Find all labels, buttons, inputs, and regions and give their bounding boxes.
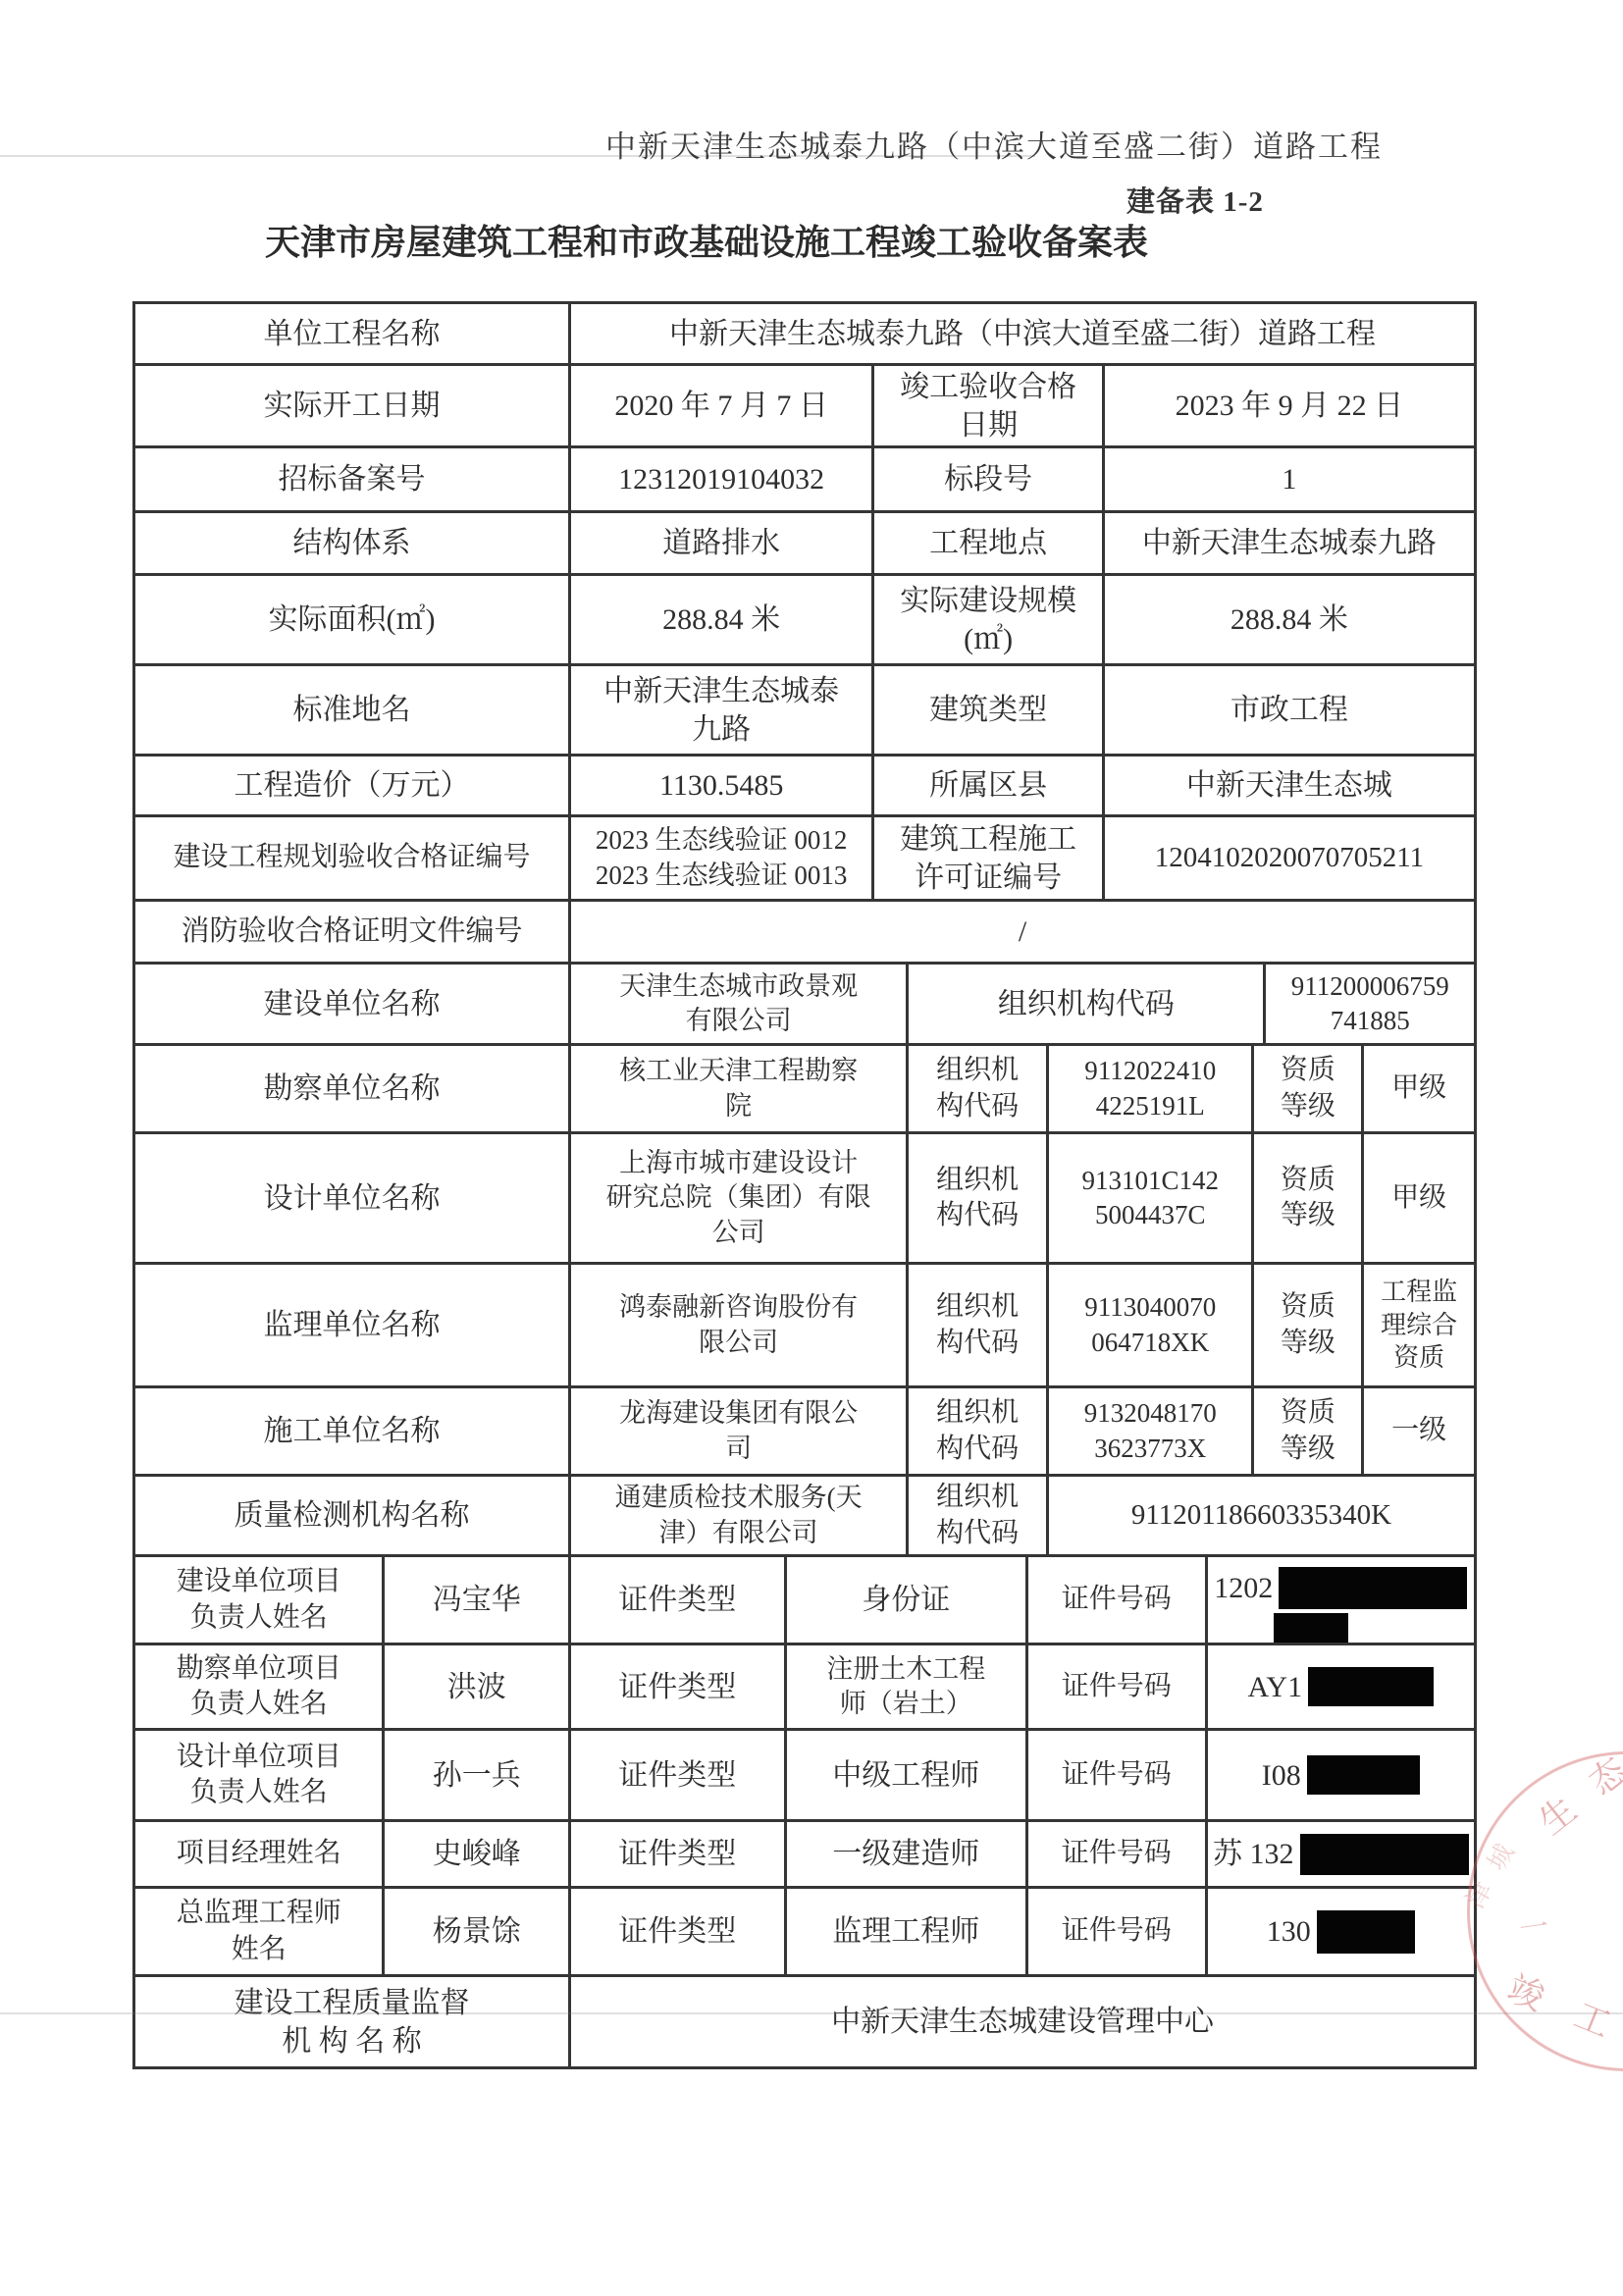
red-seal-circle [1467, 1751, 1623, 2071]
label-supervision-unit-name: 监理单位名称 [135, 1265, 571, 1388]
label-project-manager-text: 项目经理姓名 [177, 1836, 341, 1871]
label-qualification-grade-survey-text: 资质 等级 [1281, 1053, 1335, 1124]
label-building-type-text: 建筑类型 [929, 691, 1047, 729]
value-cert-type-manager: 一级建造师 [787, 1822, 1028, 1889]
table-row: 总监理工程师 姓名杨景馀证件类型监理工程师证件号码130 [135, 1889, 1477, 1977]
label-qualification-grade-design-text: 资质 等级 [1281, 1163, 1335, 1234]
label-cert-no-client: 证件号码 [1028, 1557, 1208, 1645]
value-district-text: 中新天津生态城 [1186, 766, 1392, 805]
value-client-project-leader-text: 冯宝华 [433, 1581, 521, 1619]
label-survey-unit-name-text: 勘察单位名称 [264, 1070, 441, 1108]
label-cert-no-design: 证件号码 [1028, 1731, 1208, 1822]
value-contractor-name-text: 龙海建设集团有限公 司 [619, 1396, 858, 1465]
label-district-text: 所属区县 [929, 766, 1047, 805]
table-row: 监理单位名称鸿泰融新咨询股份有 限公司组织机 构代码9113040070 064… [135, 1265, 1477, 1388]
value-bid-section-no: 1 [1105, 448, 1477, 513]
value-fire-acceptance-doc-no-text: / [1019, 913, 1026, 951]
id-number-visible-prefix: I08 [1262, 1756, 1301, 1795]
value-qualification-grade-contractor: 一级 [1364, 1388, 1477, 1477]
value-survey-project-leader-text: 洪波 [447, 1668, 506, 1706]
label-bid-record-no-text: 招标备案号 [279, 460, 426, 498]
value-supervision-unit-name: 鸿泰融新咨询股份有 限公司 [571, 1265, 909, 1388]
value-qualification-grade-survey: 甲级 [1364, 1046, 1477, 1134]
value-fire-acceptance-doc-no: / [571, 902, 1477, 965]
label-org-code-inspection-text: 组织机 构代码 [936, 1480, 1019, 1551]
table-row: 建设工程质量监督 机 构 名 称中新天津生态城建设管理中心 [135, 1977, 1477, 2069]
label-cert-no-survey: 证件号码 [1028, 1645, 1208, 1731]
label-design-project-leader-text: 设计单位项目 负责人姓名 [177, 1740, 341, 1811]
table-row: 实际面积(㎡)288.84 米实际建设规模 (㎡)288.84 米 [135, 576, 1477, 666]
table-row: 工程造价（万元）1130.5485所属区县中新天津生态城 [135, 757, 1477, 817]
label-project-location-text: 工程地点 [929, 524, 1047, 562]
id-number-visible-prefix: AY1 [1248, 1668, 1303, 1706]
label-org-code-inspection: 组织机 构代码 [909, 1477, 1049, 1557]
label-planning-acceptance-cert-no: 建设工程规划验收合格证编号 [135, 817, 571, 902]
value-unit-project-name: 中新天津生态城泰九路（中滨大道至盛二街）道路工程 [571, 304, 1477, 366]
value-cert-no-design: I08 [1208, 1731, 1477, 1822]
table-row: 结构体系道路排水工程地点中新天津生态城泰九路 [135, 513, 1477, 576]
label-qualification-grade-supervision-text: 资质 等级 [1281, 1289, 1335, 1361]
label-design-project-leader: 设计单位项目 负责人姓名 [135, 1731, 385, 1822]
label-cert-type-supervisor: 证件类型 [571, 1889, 787, 1977]
label-project-cost-text: 工程造价（万元） [235, 766, 470, 805]
value-construction-client-name-text: 天津生态城市政景观 有限公司 [619, 969, 858, 1038]
value-org-code-inspection: 91120118660335340K [1049, 1477, 1477, 1557]
value-cert-type-client: 身份证 [787, 1557, 1028, 1645]
label-quality-supervision-org-text: 建设工程质量监督 机 构 名 称 [235, 1984, 470, 2061]
label-org-code-client-text: 组织机构代码 [998, 985, 1175, 1023]
value-org-code-contractor-text: 9132048170 3623773X [1084, 1396, 1217, 1465]
value-qualification-grade-contractor-text: 一级 [1391, 1413, 1446, 1448]
label-design-unit-name-text: 设计单位名称 [264, 1179, 441, 1218]
label-cert-type-manager-text: 证件类型 [618, 1835, 736, 1873]
table-row: 项目经理姓名史峻峰证件类型一级建造师证件号码苏 132 [135, 1822, 1477, 1889]
value-quality-supervision-org-text: 中新天津生态城建设管理中心 [831, 2003, 1214, 2041]
redaction-box [1317, 1910, 1415, 1954]
value-cert-no-supervisor: 130 [1208, 1889, 1477, 1977]
value-quality-inspection-org-name-text: 通建质检技术服务(天 津）有限公司 [615, 1481, 863, 1549]
redaction-box [1300, 1834, 1469, 1875]
label-construction-client-name: 建设单位名称 [135, 965, 571, 1046]
label-planning-acceptance-cert-no-text: 建设工程规划验收合格证编号 [174, 840, 531, 875]
label-quality-inspection-org-name: 质量检测机构名称 [135, 1477, 571, 1557]
label-survey-project-leader-text: 勘察单位项目 负责人姓名 [177, 1651, 341, 1723]
label-client-project-leader: 建设单位项目 负责人姓名 [135, 1557, 385, 1645]
label-cert-type-survey-text: 证件类型 [618, 1668, 736, 1706]
label-survey-unit-name: 勘察单位名称 [135, 1046, 571, 1134]
table-row: 设计单位名称上海市城市建设设计 研究总院（集团）有限 公司组织机 构代码9131… [135, 1134, 1477, 1265]
value-actual-area: 288.84 米 [571, 576, 874, 666]
value-project-location-text: 中新天津生态城泰九路 [1142, 524, 1437, 562]
value-construction-permit-no: 1204102020070705211 [1105, 817, 1477, 902]
value-org-code-survey: 9112022410 4225191L [1049, 1046, 1255, 1134]
label-cert-type-client-text: 证件类型 [618, 1581, 736, 1619]
label-org-code-survey: 组织机 构代码 [909, 1046, 1049, 1134]
redaction-box [1307, 1755, 1420, 1795]
value-bid-section-no-text: 1 [1282, 460, 1296, 498]
value-org-code-client-text: 911200006759 741885 [1291, 969, 1449, 1038]
label-chief-supervision-engineer: 总监理工程师 姓名 [135, 1889, 385, 1977]
value-design-unit-name-text: 上海市城市建设设计 研究总院（集团）有限 公司 [606, 1146, 871, 1249]
label-supervision-unit-name-text: 监理单位名称 [264, 1306, 441, 1344]
label-structure-system: 结构体系 [135, 513, 571, 576]
label-standard-place-name-text: 标准地名 [293, 691, 411, 729]
value-design-project-leader: 孙一兵 [385, 1731, 571, 1822]
value-construction-permit-no-text: 1204102020070705211 [1155, 840, 1424, 877]
label-org-code-survey-text: 组织机 构代码 [936, 1053, 1019, 1124]
value-cert-no-client: 1202 [1208, 1557, 1477, 1645]
table-row: 消防验收合格证明文件编号/ [135, 902, 1477, 965]
label-org-code-contractor: 组织机 构代码 [909, 1388, 1049, 1477]
label-cert-no-client-text: 证件号码 [1062, 1582, 1172, 1617]
red-seal-text-bottom: 竣 工 [1501, 1961, 1623, 2053]
label-completion-acceptance-date: 竣工验收合格 日期 [874, 366, 1105, 448]
label-qualification-grade-contractor: 资质 等级 [1254, 1388, 1364, 1477]
value-quality-supervision-org: 中新天津生态城建设管理中心 [571, 1977, 1477, 2069]
label-qualification-grade-supervision: 资质 等级 [1254, 1265, 1364, 1388]
label-qualification-grade-contractor-text: 资质 等级 [1281, 1395, 1335, 1467]
document-header-project-line: 中新天津生态城泰九路（中滨大道至盛二街）道路工程 [605, 122, 1383, 166]
label-chief-supervision-engineer-text: 总监理工程师 姓名 [177, 1896, 341, 1967]
value-cert-type-design: 中级工程师 [787, 1731, 1028, 1822]
value-org-code-client: 911200006759 741885 [1266, 965, 1477, 1046]
value-standard-place-name-text: 中新天津生态城泰 九路 [603, 672, 839, 749]
value-cert-type-survey: 注册土木工程 师（岩土） [787, 1645, 1028, 1731]
label-completion-acceptance-date-text: 竣工验收合格 日期 [900, 368, 1076, 444]
label-org-code-contractor-text: 组织机 构代码 [936, 1395, 1019, 1467]
label-org-code-supervision-text: 组织机 构代码 [936, 1289, 1019, 1361]
scan-artifact-line-bottom [0, 2012, 1623, 2014]
label-org-code-supervision: 组织机 构代码 [909, 1265, 1049, 1388]
value-actual-scale: 288.84 米 [1105, 576, 1477, 666]
value-planning-acceptance-cert-no-text: 2023 生态线验证 0012 2023 生态线验证 0013 [596, 823, 848, 892]
value-project-manager-text: 史峻峰 [433, 1835, 521, 1873]
table-row: 招标备案号12312019104032标段号1 [135, 448, 1477, 513]
label-unit-project-name-text: 单位工程名称 [264, 315, 441, 353]
main-table: 单位工程名称中新天津生态城泰九路（中滨大道至盛二街）道路工程实际开工日期2020… [132, 301, 1477, 2069]
table-row: 质量检测机构名称通建质检技术服务(天 津）有限公司组织机 构代码91120118… [135, 1477, 1477, 1557]
value-building-type: 市政工程 [1105, 666, 1477, 757]
value-cert-type-supervisor: 监理工程师 [787, 1889, 1028, 1977]
value-chief-supervision-engineer-text: 杨景馀 [433, 1912, 521, 1951]
label-fire-acceptance-doc-no-text: 消防验收合格证明文件编号 [182, 913, 523, 951]
label-district: 所属区县 [874, 757, 1105, 817]
table-row: 建设单位名称天津生态城市政景观 有限公司组织机构代码911200006759 7… [135, 965, 1477, 1046]
label-cert-no-survey-text: 证件号码 [1062, 1669, 1172, 1704]
value-contractor-name: 龙海建设集团有限公 司 [571, 1388, 909, 1477]
value-unit-project-name-text: 中新天津生态城泰九路（中滨大道至盛二街）道路工程 [669, 315, 1376, 353]
table-row: 勘察单位项目 负责人姓名洪波证件类型注册土木工程 师（岩土）证件号码AY1 [135, 1645, 1477, 1731]
table-row: 单位工程名称中新天津生态城泰九路（中滨大道至盛二街）道路工程 [135, 304, 1477, 366]
value-client-project-leader: 冯宝华 [385, 1557, 571, 1645]
value-project-cost: 1130.5485 [571, 757, 874, 817]
label-construction-permit-no: 建筑工程施工 许可证编号 [874, 817, 1105, 902]
table-row: 建设单位项目 负责人姓名冯宝华证件类型身份证证件号码1202 [135, 1557, 1477, 1645]
value-org-code-survey-text: 9112022410 4225191L [1084, 1054, 1216, 1122]
label-cert-type-supervisor-text: 证件类型 [618, 1912, 736, 1951]
value-cert-type-client-text: 身份证 [862, 1581, 950, 1619]
label-design-unit-name: 设计单位名称 [135, 1134, 571, 1265]
scanned-document-page: 中新天津生态城泰九路（中滨大道至盛二街）道路工程 建备表 1-2 天津市房屋建筑… [0, 0, 1623, 2296]
value-qualification-grade-design: 甲级 [1364, 1134, 1477, 1265]
label-cert-no-manager-text: 证件号码 [1062, 1836, 1172, 1871]
red-seal-text-top: 生 态 [1527, 1738, 1623, 1845]
label-project-location: 工程地点 [874, 513, 1105, 576]
redaction-box [1274, 1613, 1348, 1645]
label-actual-scale-text: 实际建设规模 (㎡) [900, 582, 1076, 658]
table-row: 施工单位名称龙海建设集团有限公 司组织机 构代码9132048170 36237… [135, 1388, 1477, 1477]
value-cert-no-survey: AY1 [1208, 1645, 1477, 1731]
value-project-location: 中新天津生态城泰九路 [1105, 513, 1477, 576]
label-actual-area: 实际面积(㎡) [135, 576, 571, 666]
value-cert-no-manager: 苏 132 [1208, 1822, 1477, 1889]
label-org-code-client: 组织机构代码 [909, 965, 1266, 1046]
value-project-manager: 史峻峰 [385, 1822, 571, 1889]
label-cert-type-design-text: 证件类型 [618, 1756, 736, 1795]
label-construction-permit-no-text: 建筑工程施工 许可证编号 [900, 820, 1076, 897]
id-number-visible-prefix: 130 [1267, 1912, 1311, 1951]
value-qualification-grade-supervision-text: 工程监 理综合 资质 [1381, 1276, 1457, 1375]
label-client-project-leader-text: 建设单位项目 负责人姓名 [177, 1564, 341, 1636]
label-cert-no-supervisor: 证件号码 [1028, 1889, 1208, 1977]
value-design-unit-name: 上海市城市建设设计 研究总院（集团）有限 公司 [571, 1134, 909, 1265]
value-design-project-leader-text: 孙一兵 [433, 1756, 521, 1795]
value-actual-start-date: 2020 年 7 月 7 日 [571, 366, 874, 448]
value-supervision-unit-name-text: 鸿泰融新咨询股份有 限公司 [619, 1290, 858, 1359]
label-actual-scale: 实际建设规模 (㎡) [874, 576, 1105, 666]
value-cert-type-supervisor-text: 监理工程师 [832, 1912, 979, 1951]
label-unit-project-name: 单位工程名称 [135, 304, 571, 366]
value-qualification-grade-supervision: 工程监 理综合 资质 [1364, 1265, 1477, 1388]
label-contractor-name: 施工单位名称 [135, 1388, 571, 1477]
redaction-box [1308, 1667, 1434, 1706]
table-row: 标准地名中新天津生态城泰 九路建筑类型市政工程 [135, 666, 1477, 757]
value-org-code-contractor: 9132048170 3623773X [1049, 1388, 1255, 1477]
value-org-code-design-text: 913101C142 5004437C [1081, 1164, 1219, 1232]
form-code-label: 建备表 1-2 [1126, 180, 1264, 220]
value-cert-type-manager-text: 一级建造师 [832, 1835, 979, 1873]
red-seal-text-mid: 一 [1516, 1902, 1551, 1949]
label-cert-no-supervisor-text: 证件号码 [1062, 1913, 1172, 1949]
id-number-visible-prefix: 苏 132 [1213, 1835, 1294, 1873]
value-actual-start-date-text: 2020 年 7 月 7 日 [614, 387, 828, 425]
label-bid-section-no: 标段号 [874, 448, 1105, 513]
label-qualification-grade-design: 资质 等级 [1254, 1134, 1364, 1265]
value-survey-unit-name-text: 核工业天津工程勘察 院 [619, 1054, 858, 1122]
page-title: 天津市房屋建筑工程和市政基础设施工程竣工验收备案表 [265, 215, 1148, 265]
label-actual-area-text: 实际面积(㎡) [269, 600, 436, 639]
label-quality-supervision-org: 建设工程质量监督 机 构 名 称 [135, 1977, 571, 2069]
table-row: 实际开工日期2020 年 7 月 7 日竣工验收合格 日期2023 年 9 月 … [135, 366, 1477, 448]
value-org-code-design: 913101C142 5004437C [1049, 1134, 1255, 1265]
label-fire-acceptance-doc-no: 消防验收合格证明文件编号 [135, 902, 571, 965]
value-org-code-supervision-text: 9113040070 064718XK [1084, 1290, 1216, 1359]
value-construction-client-name: 天津生态城市政景观 有限公司 [571, 965, 909, 1046]
value-survey-unit-name: 核工业天津工程勘察 院 [571, 1046, 909, 1134]
label-cert-type-manager: 证件类型 [571, 1822, 787, 1889]
label-contractor-name-text: 施工单位名称 [264, 1412, 441, 1450]
label-project-manager: 项目经理姓名 [135, 1822, 385, 1889]
value-qualification-grade-survey-text: 甲级 [1391, 1070, 1446, 1106]
label-qualification-grade-survey: 资质 等级 [1254, 1046, 1364, 1134]
label-actual-start-date: 实际开工日期 [135, 366, 571, 448]
value-chief-supervision-engineer: 杨景馀 [385, 1889, 571, 1977]
label-project-cost: 工程造价（万元） [135, 757, 571, 817]
table-row: 建设工程规划验收合格证编号2023 生态线验证 0012 2023 生态线验证 … [135, 817, 1477, 902]
label-structure-system-text: 结构体系 [293, 524, 411, 562]
label-cert-type-survey: 证件类型 [571, 1645, 787, 1731]
value-structure-system-text: 道路排水 [662, 524, 780, 562]
value-completion-acceptance-date-text: 2023 年 9 月 22 日 [1176, 387, 1404, 425]
label-survey-project-leader: 勘察单位项目 负责人姓名 [135, 1645, 385, 1731]
id-number-visible-prefix: 1202 [1214, 1569, 1273, 1607]
label-org-code-design: 组织机 构代码 [909, 1134, 1049, 1265]
value-actual-scale-text: 288.84 米 [1230, 600, 1348, 639]
value-org-code-inspection-text: 91120118660335340K [1131, 1497, 1391, 1535]
value-cert-type-design-text: 中级工程师 [832, 1756, 979, 1795]
table-row: 设计单位项目 负责人姓名孙一兵证件类型中级工程师证件号码I08 [135, 1731, 1477, 1822]
value-bid-record-no-text: 12312019104032 [618, 460, 824, 498]
value-qualification-grade-design-text: 甲级 [1391, 1180, 1446, 1216]
label-bid-record-no: 招标备案号 [135, 448, 571, 513]
value-bid-record-no: 12312019104032 [571, 448, 874, 513]
value-org-code-supervision: 9113040070 064718XK [1049, 1265, 1255, 1388]
value-district: 中新天津生态城 [1105, 757, 1477, 817]
value-structure-system: 道路排水 [571, 513, 874, 576]
label-construction-client-name-text: 建设单位名称 [264, 985, 441, 1023]
value-completion-acceptance-date: 2023 年 9 月 22 日 [1105, 366, 1477, 448]
table-row: 勘察单位名称核工业天津工程勘察 院组织机 构代码9112022410 42251… [135, 1046, 1477, 1134]
value-quality-inspection-org-name: 通建质检技术服务(天 津）有限公司 [571, 1477, 909, 1557]
value-cert-type-survey-text: 注册土木工程 师（岩土） [826, 1652, 985, 1721]
value-survey-project-leader: 洪波 [385, 1645, 571, 1731]
label-bid-section-no-text: 标段号 [944, 460, 1032, 498]
label-cert-type-client: 证件类型 [571, 1557, 787, 1645]
value-planning-acceptance-cert-no: 2023 生态线验证 0012 2023 生态线验证 0013 [571, 817, 874, 902]
redaction-box [1279, 1567, 1467, 1609]
label-cert-no-design-text: 证件号码 [1062, 1757, 1172, 1793]
label-standard-place-name: 标准地名 [135, 666, 571, 757]
label-cert-no-manager: 证件号码 [1028, 1822, 1208, 1889]
value-project-cost-text: 1130.5485 [659, 766, 783, 805]
label-quality-inspection-org-name-text: 质量检测机构名称 [235, 1496, 470, 1535]
label-org-code-design-text: 组织机 构代码 [936, 1163, 1019, 1234]
label-actual-start-date-text: 实际开工日期 [264, 387, 441, 425]
value-standard-place-name: 中新天津生态城泰 九路 [571, 666, 874, 757]
label-cert-type-design: 证件类型 [571, 1731, 787, 1822]
value-actual-area-text: 288.84 米 [662, 600, 780, 639]
value-building-type-text: 市政工程 [1230, 691, 1348, 729]
label-building-type: 建筑类型 [874, 666, 1105, 757]
